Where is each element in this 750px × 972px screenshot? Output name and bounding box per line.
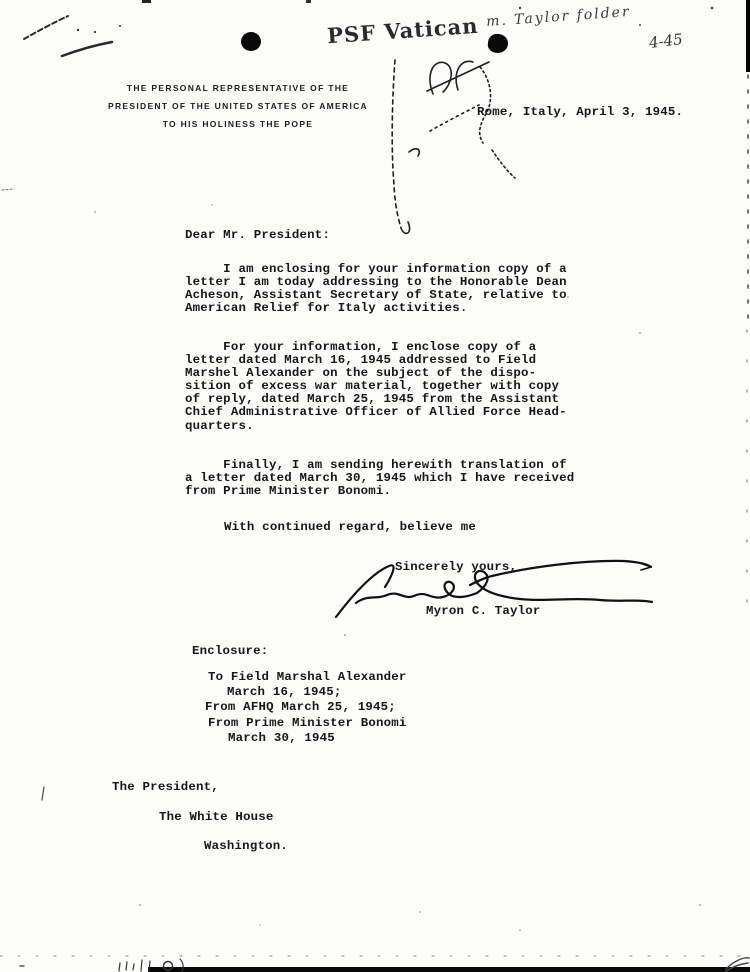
address-line: Washington.: [204, 840, 288, 853]
annotation-date-code: 4-45: [648, 30, 684, 52]
letterhead-line: PRESIDENT OF THE UNITED STATES OF AMERIC…: [62, 97, 414, 115]
salutation: Dear Mr. President:: [185, 229, 330, 242]
margin-tick: [2, 189, 14, 190]
enclosure-item: March 16, 1945;: [227, 686, 342, 699]
pencil-stroke: [24, 16, 68, 39]
pencil-stroke: [62, 42, 112, 56]
address-line: The President,: [112, 781, 219, 794]
enclosure-item: March 30, 1945: [228, 732, 335, 745]
paragraph: Finally, I am sending herewith translati…: [185, 459, 574, 498]
hole-punch-icon: [487, 33, 509, 55]
paragraph: For your information, I enclose copy of …: [185, 341, 567, 433]
closing-line: With continued regard, believe me: [224, 521, 476, 534]
letterhead: THE PERSONAL REPRESENTATIVE OF THE PRESI…: [62, 79, 414, 133]
dateline: Rome, Italy, April 3, 1945.: [477, 106, 683, 119]
annotation-folder-note: m. Taylor folder: [486, 4, 632, 30]
paragraph: I am enclosing for your information copy…: [185, 263, 567, 315]
annotation-file-label: PSF Vatican: [326, 13, 479, 49]
scan-edge-strip: [746, 0, 750, 72]
enclosure-item: From Prime Minister Bonomi: [208, 717, 407, 730]
signoff: Sincerely yours,: [395, 561, 517, 574]
letterhead-line: TO HIS HOLINESS THE POPE: [62, 115, 414, 133]
hole-punch-icon: [241, 32, 261, 51]
enclosure-item: To Field Marshal Alexander: [208, 671, 407, 684]
scanned-letter-page: PSF Vatican m. Taylor folder 4-45 THE PE…: [0, 0, 750, 972]
signature-typed-name: Myron C. Taylor: [426, 605, 541, 618]
enclosure-label: Enclosure:: [192, 645, 268, 658]
enclosure-item: From AFHQ March 25, 1945;: [205, 701, 396, 714]
letterhead-line: THE PERSONAL REPRESENTATIVE OF THE: [62, 79, 414, 97]
address-line: The White House: [159, 811, 274, 824]
margin-tick: [42, 787, 44, 800]
scan-bottom-bar: [148, 967, 750, 972]
